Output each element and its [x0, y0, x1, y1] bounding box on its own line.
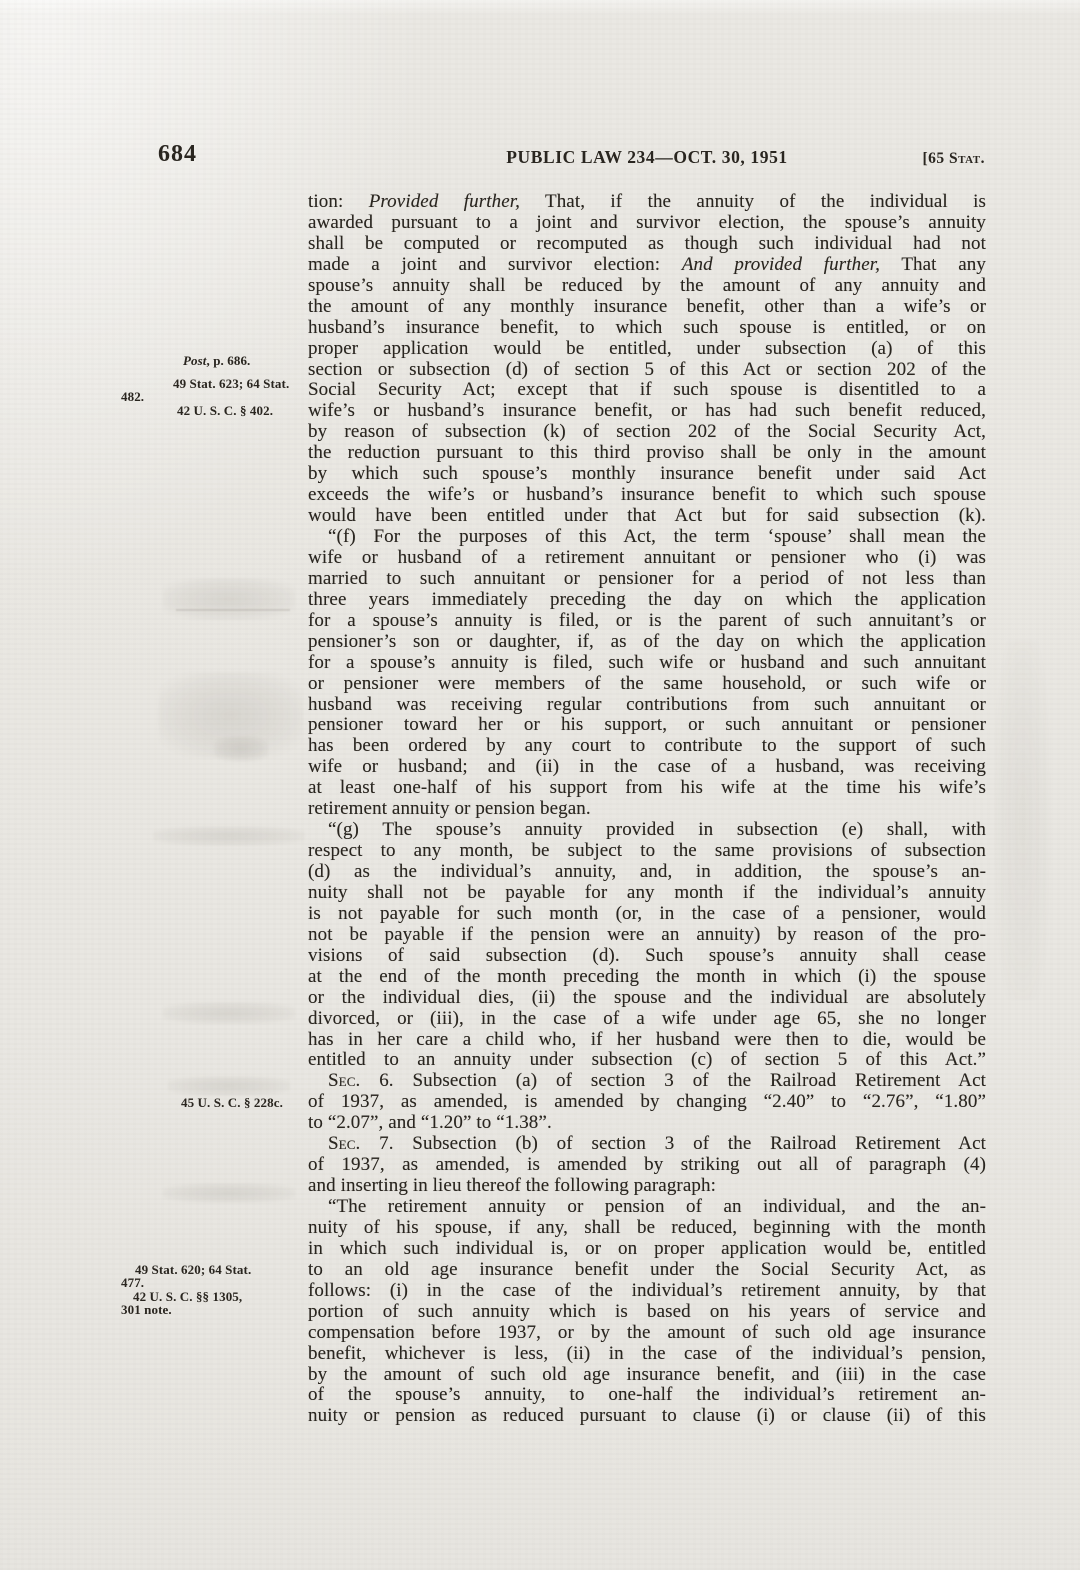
text-line: to an old age insurance benefit under th…: [308, 1260, 986, 1281]
document-page: 684 PUBLIC LAW 234—OCT. 30, 1951 [65 Sta…: [0, 0, 1080, 1570]
margin-note: 49 Stat. 620; 64 Stat.477.42 U. S. C. §§…: [121, 1263, 307, 1317]
text-segment: three years immediately preceding the da…: [308, 589, 986, 610]
text-segment: follows: (i) in the case of the individu…: [308, 1280, 986, 1301]
margin-note: 49 Stat. 623; 64 Stat.482.42 U. S. C. § …: [121, 377, 307, 417]
text-segment: has been ordered by any court to contrib…: [308, 735, 986, 756]
paragraph: “(g) The spouse’s annuity provided in su…: [308, 820, 986, 1071]
text-line: benefit, whichever is less, (ii) in the …: [308, 1344, 986, 1365]
text-segment: of 1937, as amended, is amended by chang…: [308, 1091, 986, 1112]
text-segment: 49 Stat. 620; 64 Stat.: [135, 1262, 251, 1277]
text-segment: pensioner’s son or daughter, if, as of t…: [308, 631, 986, 652]
text-line: Social Security Act; except that if such…: [308, 380, 986, 401]
text-line: in which such individual is, or on prope…: [308, 1239, 986, 1260]
text-line: respect to any month, be subject to the …: [308, 841, 986, 862]
text-segment: by reason of subsection (k) of section 2…: [308, 421, 986, 442]
stat-volume-label: [65 Stat.: [922, 150, 985, 168]
text-line: compensation before 1937, or by the amou…: [308, 1323, 986, 1344]
text-line: nuity shall not be payable for any month…: [308, 883, 986, 904]
text-segment: husband was receiving regular contributi…: [308, 694, 986, 715]
text-segment: in which such individual is, or on prope…: [308, 1238, 986, 1259]
text-segment: And provided further,: [682, 254, 880, 275]
margin-note-line: 301 note.: [121, 1303, 307, 1316]
text-segment: That any: [880, 254, 986, 275]
text-line: has been ordered by any court to contrib…: [308, 736, 986, 757]
text-line: wife or husband; and (ii) in the case of…: [308, 757, 986, 778]
text-segment: . 7. Subsection (b) of section 3 of the …: [355, 1133, 986, 1154]
text-line: married to such annuitant or pensioner f…: [308, 569, 986, 590]
text-segment: “The retirement annuity or pension of an…: [328, 1196, 986, 1217]
margin-notes: Post, p. 686.49 Stat. 623; 64 Stat.482.4…: [121, 0, 307, 1570]
text-line: wife’s or husband’s insurance benefit, o…: [308, 401, 986, 422]
text-segment: has in her care a child who, if her husb…: [308, 1029, 986, 1050]
text-line: entitled to an annuity under subsection …: [308, 1050, 986, 1071]
paragraph: Sec. 7. Subsection (b) of section 3 of t…: [308, 1134, 986, 1197]
text-segment: wife or husband of a retirement annuitan…: [308, 547, 986, 568]
margin-note-line: 45 U. S. C. § 228c.: [121, 1096, 307, 1109]
text-segment: 482.: [121, 389, 144, 404]
margin-note-line: Post, p. 686.: [121, 354, 307, 367]
text-line: by the amount of such old age insurance …: [308, 1365, 986, 1386]
text-segment: married to such annuitant or pensioner f…: [308, 568, 986, 589]
text-segment: and inserting in lieu thereof the follow…: [308, 1175, 716, 1196]
text-segment: portion of such annuity which is based o…: [308, 1301, 986, 1322]
text-segment: proper application would be entitled, un…: [308, 338, 986, 359]
text-segment: 49 Stat. 623; 64 Stat.: [173, 376, 289, 391]
text-segment: the reduction pursuant to this third pro…: [308, 442, 986, 463]
text-segment: husband’s insurance benefit, to which su…: [308, 317, 986, 338]
text-line: section or subsection (d) of section 5 o…: [308, 360, 986, 381]
text-segment: shall be computed or recomputed as thoug…: [308, 233, 986, 254]
text-segment: entitled to an annuity under subsection …: [308, 1049, 986, 1070]
text-segment: , p. 686.: [207, 353, 251, 368]
text-line: of 1937, as amended, is amended by chang…: [308, 1092, 986, 1113]
text-segment: That, if the annuity of the individual i…: [520, 191, 986, 212]
text-line: visions of said subsection (d). Such spo…: [308, 946, 986, 967]
text-segment: nuity of his spouse, if any, shall be re…: [308, 1217, 986, 1238]
text-line: Sec. 7. Subsection (b) of section 3 of t…: [308, 1134, 986, 1155]
text-line: shall be computed or recomputed as thoug…: [308, 234, 986, 255]
text-line: at the end of the month preceding the mo…: [308, 967, 986, 988]
text-segment: for a spouse’s annuity is filed, or is t…: [308, 610, 986, 631]
margin-note-line: 49 Stat. 620; 64 Stat.: [121, 1263, 307, 1276]
text-line: and inserting in lieu thereof the follow…: [308, 1176, 986, 1197]
text-segment: . 6. Subsection (a) of section 3 of the …: [355, 1070, 986, 1091]
text-line: or pensioner were members of the same ho…: [308, 674, 986, 695]
text-line: for a spouse’s annuity is filed, or is t…: [308, 611, 986, 632]
text-line: “(f) For the purposes of this Act, the t…: [308, 527, 986, 548]
text-line: pensioner’s son or daughter, if, as of t…: [308, 632, 986, 653]
text-line: by reason of subsection (k) of section 2…: [308, 422, 986, 443]
text-segment: nuity or pension as reduced pursuant to …: [308, 1405, 986, 1426]
text-segment: tion:: [308, 191, 369, 212]
margin-note-line: 42 U. S. C. § 402.: [121, 404, 307, 417]
text-line: of the spouse’s annuity, to one-half the…: [308, 1385, 986, 1406]
text-segment: “(g) The spouse’s annuity provided in su…: [328, 819, 986, 840]
text-segment: wife’s or husband’s insurance benefit, o…: [308, 400, 986, 421]
text-segment: exceeds the wife’s or husband’s insuranc…: [308, 484, 986, 505]
text-line: not be payable if the pension were an an…: [308, 925, 986, 946]
text-segment: divorced, or (iii), in the case of a wif…: [308, 1008, 986, 1029]
margin-note: Post, p. 686.: [121, 354, 307, 367]
text-segment: at the end of the month preceding the mo…: [308, 966, 986, 987]
paragraph: “(f) For the purposes of this Act, the t…: [308, 527, 986, 820]
margin-note-line: 482.: [121, 390, 307, 403]
text-line: is not payable for such month (or, in th…: [308, 904, 986, 925]
text-segment: 42 U. S. C. § 402.: [177, 403, 273, 418]
text-line: exceeds the wife’s or husband’s insuranc…: [308, 485, 986, 506]
text-line: divorced, or (iii), in the case of a wif…: [308, 1009, 986, 1030]
margin-note-line: 49 Stat. 623; 64 Stat.: [121, 377, 307, 390]
text-segment: Social Security Act; except that if such…: [308, 379, 986, 400]
text-segment: would have been entitled under that Act …: [308, 505, 986, 526]
running-head: PUBLIC LAW 234—OCT. 30, 1951: [308, 147, 986, 168]
text-line: “The retirement annuity or pension of an…: [308, 1197, 986, 1218]
text-line: follows: (i) in the case of the individu…: [308, 1281, 986, 1302]
text-line: retirement annuity or pension began.: [308, 799, 986, 820]
text-line: portion of such annuity which is based o…: [308, 1302, 986, 1323]
text-segment: of 1937, as amended, is amended by strik…: [308, 1154, 986, 1175]
text-segment: made a joint and survivor election:: [308, 254, 682, 275]
text-segment: nuity shall not be payable for any month…: [308, 882, 986, 903]
text-segment: wife or husband; and (ii) in the case of…: [308, 756, 986, 777]
margin-note-line: 42 U. S. C. §§ 1305,: [121, 1290, 307, 1303]
margin-note: 45 U. S. C. § 228c.: [121, 1096, 307, 1109]
text-line: husband was receiving regular contributi…: [308, 695, 986, 716]
text-line: for a spouse’s annuity is filed, such wi…: [308, 653, 986, 674]
text-segment: compensation before 1937, or by the amou…: [308, 1322, 986, 1343]
text-segment: not be payable if the pension were an an…: [308, 924, 986, 945]
text-segment: Sec: [328, 1133, 355, 1154]
text-segment: Sec: [328, 1070, 355, 1091]
text-line: to “2.07”, and “1.20” to “1.38”.: [308, 1113, 986, 1134]
text-segment: is not payable for such month (or, in th…: [308, 903, 986, 924]
text-line: the amount of any monthly insurance bene…: [308, 297, 986, 318]
text-line: by which such spouse’s monthly insurance…: [308, 464, 986, 485]
text-segment: 45 U. S. C. § 228c.: [181, 1095, 283, 1110]
paragraph: “The retirement annuity or pension of an…: [308, 1197, 986, 1427]
margin-note-line: 477.: [121, 1276, 307, 1289]
body-column: tion: Provided further, That, if the ann…: [308, 192, 986, 1427]
text-segment: to an old age insurance benefit under th…: [308, 1259, 986, 1280]
text-segment: the amount of any monthly insurance bene…: [308, 296, 986, 317]
text-segment: for a spouse’s annuity is filed, such wi…: [308, 652, 986, 673]
bleed-through-smudge: [995, 640, 1050, 1000]
text-segment: “(f) For the purposes of this Act, the t…: [328, 526, 986, 547]
text-segment: Provided further,: [369, 191, 520, 212]
text-segment: benefit, whichever is less, (ii) in the …: [308, 1343, 986, 1364]
text-segment: to “2.07”, and “1.20” to “1.38”.: [308, 1112, 552, 1133]
text-segment: or the individual dies, (ii) the spouse …: [308, 987, 986, 1008]
text-line: proper application would be entitled, un…: [308, 339, 986, 360]
text-segment: respect to any month, be subject to the …: [308, 840, 986, 861]
text-line: awarded pursuant to a joint and survivor…: [308, 213, 986, 234]
text-line: of 1937, as amended, is amended by strik…: [308, 1155, 986, 1176]
text-line: spouse’s annuity shall be reduced by the…: [308, 276, 986, 297]
text-line: made a joint and survivor election: And …: [308, 255, 986, 276]
text-segment: by the amount of such old age insurance …: [308, 1364, 986, 1385]
text-line: three years immediately preceding the da…: [308, 590, 986, 611]
text-segment: (d) as the individual’s annuity, and, in…: [308, 861, 986, 882]
text-segment: section or subsection (d) of section 5 o…: [308, 359, 986, 380]
text-line: tion: Provided further, That, if the ann…: [308, 192, 986, 213]
text-line: husband’s insurance benefit, to which su…: [308, 318, 986, 339]
text-segment: of the spouse’s annuity, to one-half the…: [308, 1384, 986, 1405]
text-segment: spouse’s annuity shall be reduced by the…: [308, 275, 986, 296]
text-line: the reduction pursuant to this third pro…: [308, 443, 986, 464]
text-segment: by which such spouse’s monthly insurance…: [308, 463, 986, 484]
text-segment: visions of said subsection (d). Such spo…: [308, 945, 986, 966]
text-line: has in her care a child who, if her husb…: [308, 1030, 986, 1051]
text-line: nuity or pension as reduced pursuant to …: [308, 1406, 986, 1427]
text-line: or the individual dies, (ii) the spouse …: [308, 988, 986, 1009]
text-line: would have been entitled under that Act …: [308, 506, 986, 527]
text-segment: Post: [183, 353, 207, 368]
paragraph: tion: Provided further, That, if the ann…: [308, 192, 986, 527]
text-segment: at least one-half of his support from hi…: [308, 777, 986, 798]
text-line: (d) as the individual’s annuity, and, in…: [308, 862, 986, 883]
text-line: pensioner toward her or his support, or …: [308, 715, 986, 736]
text-segment: retirement annuity or pension began.: [308, 798, 591, 819]
paragraph: Sec. 6. Subsection (a) of section 3 of t…: [308, 1071, 986, 1134]
text-line: wife or husband of a retirement annuitan…: [308, 548, 986, 569]
text-line: “(g) The spouse’s annuity provided in su…: [308, 820, 986, 841]
text-line: nuity of his spouse, if any, shall be re…: [308, 1218, 986, 1239]
text-line: Sec. 6. Subsection (a) of section 3 of t…: [308, 1071, 986, 1092]
text-segment: awarded pursuant to a joint and survivor…: [308, 212, 986, 233]
text-segment: 301 note.: [121, 1302, 172, 1317]
text-segment: or pensioner were members of the same ho…: [308, 673, 986, 694]
text-line: at least one-half of his support from hi…: [308, 778, 986, 799]
text-segment: pensioner toward her or his support, or …: [308, 714, 986, 735]
